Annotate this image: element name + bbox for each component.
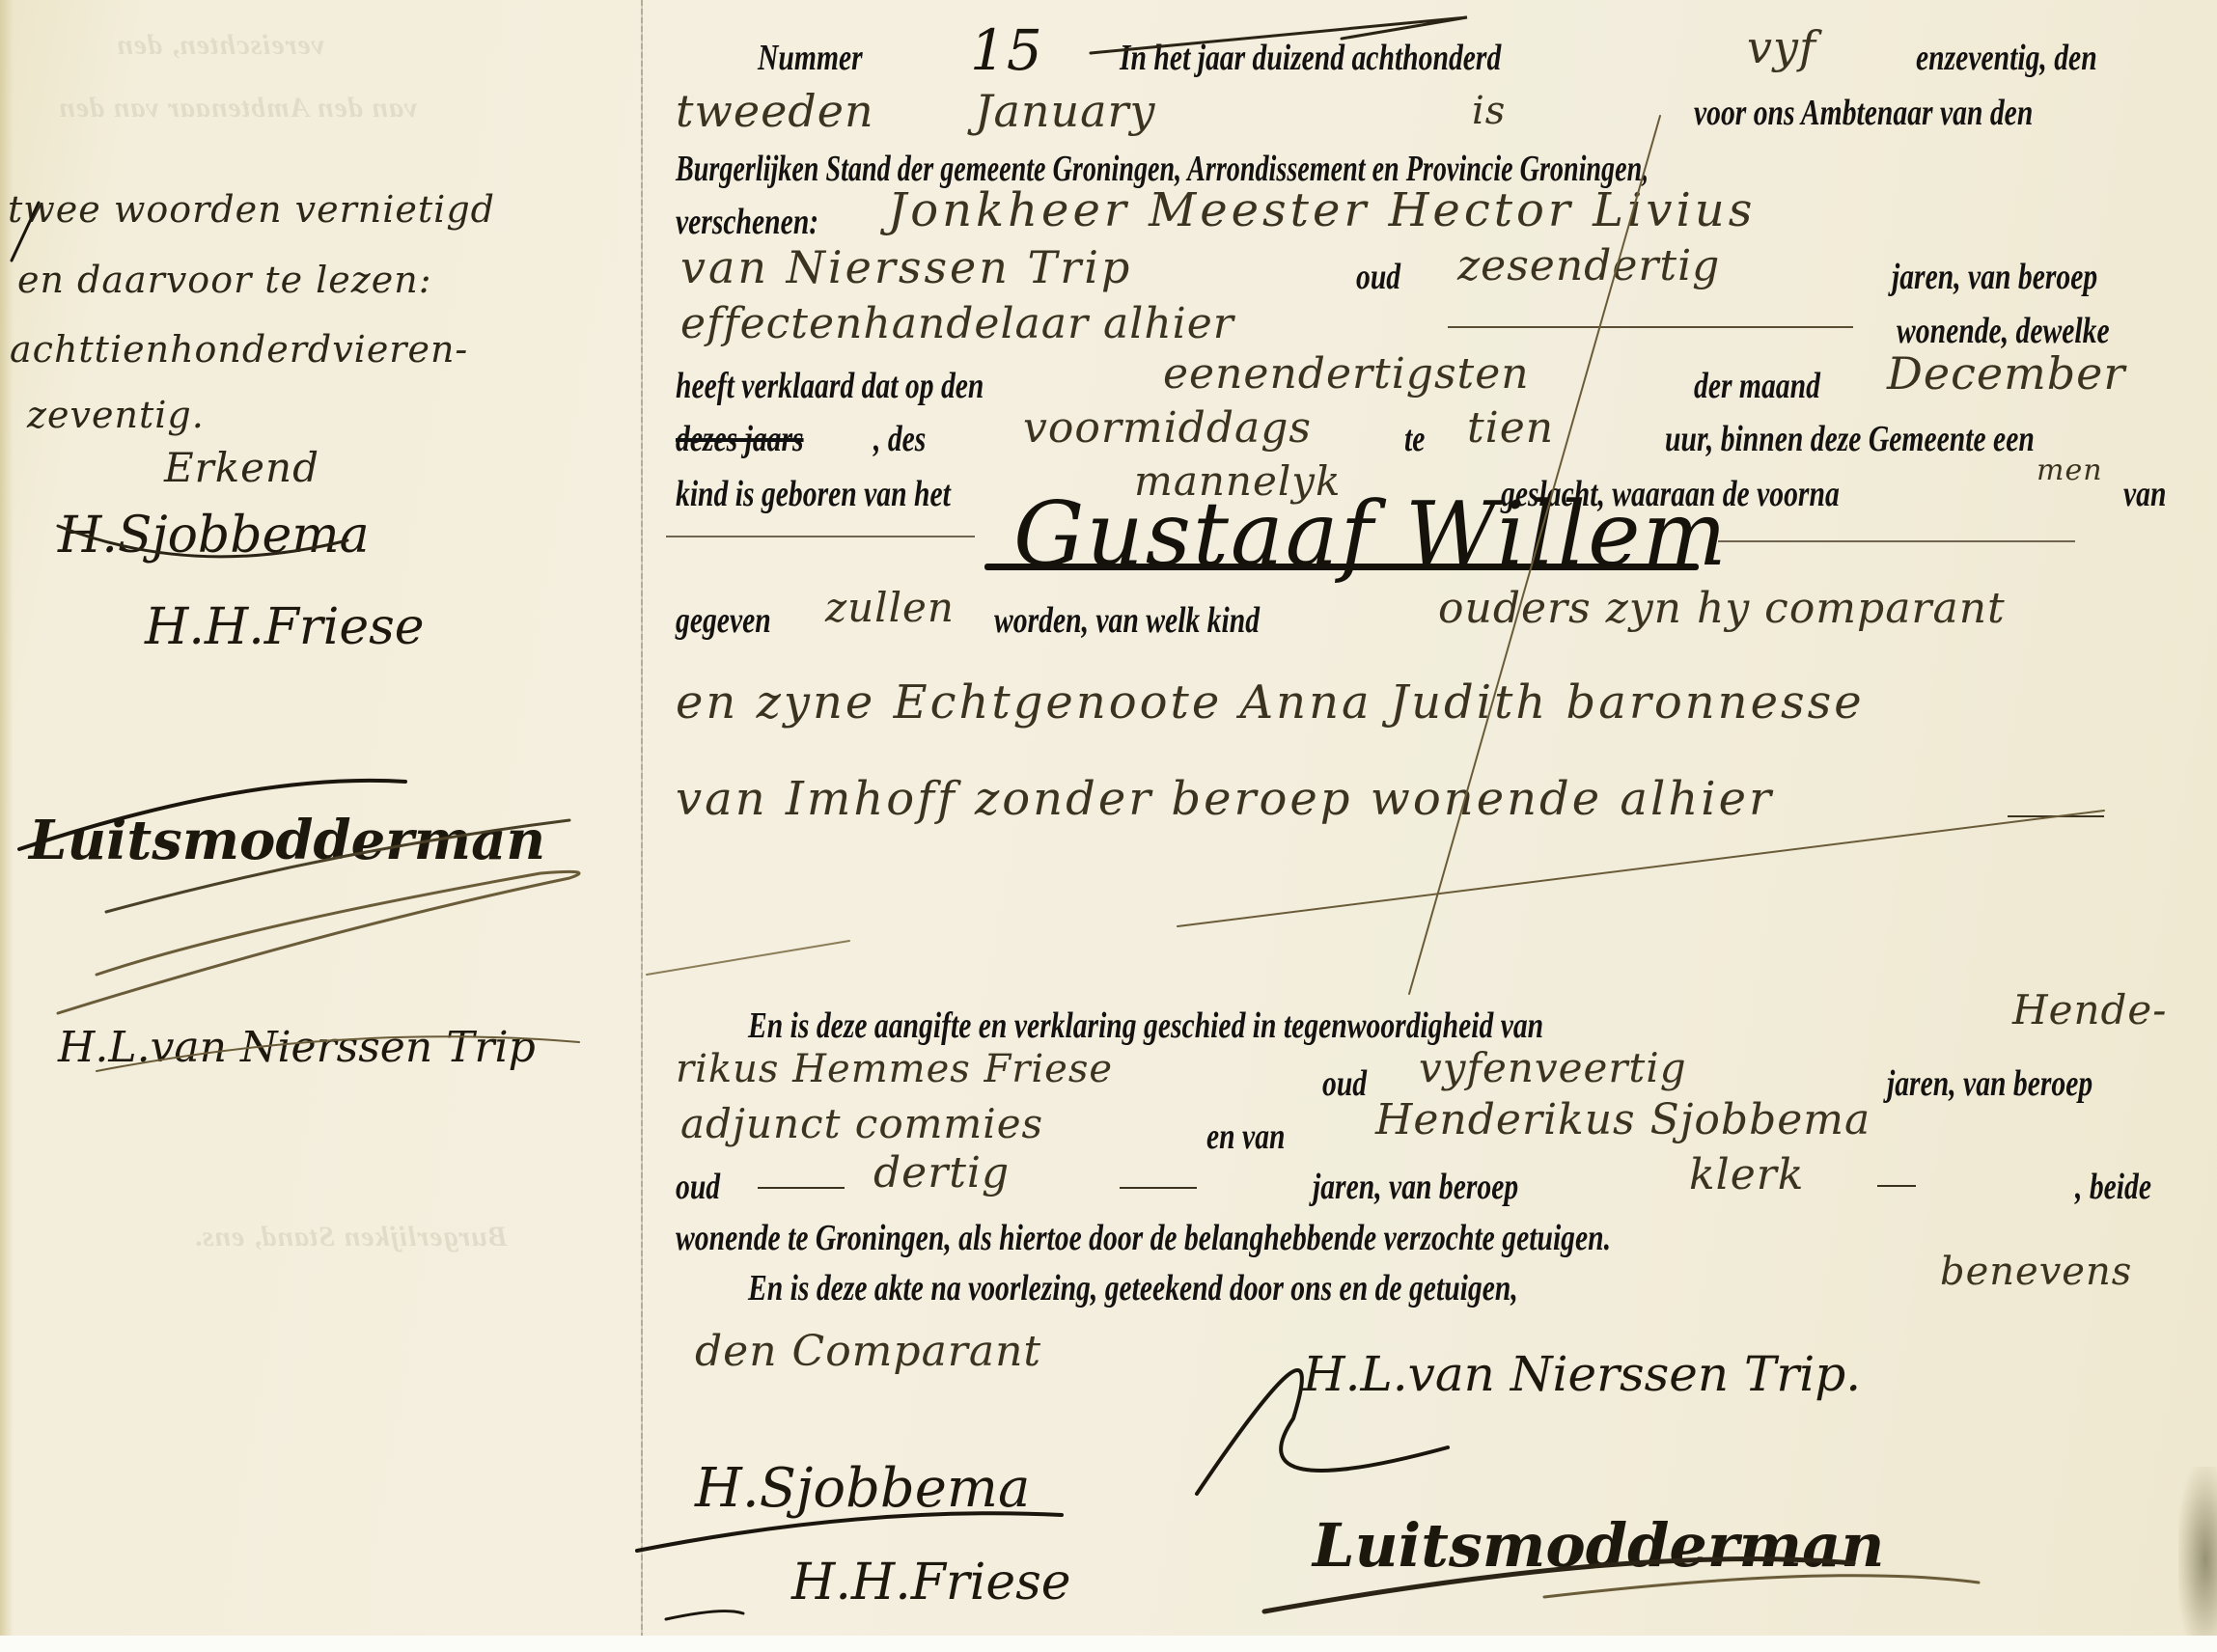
- witness-line-4b: jaren, van beroep: [1313, 1163, 1576, 1211]
- printed-text: kind is geboren van het: [676, 470, 951, 518]
- record-line-10: gegeven: [676, 596, 798, 645]
- printed-text: jaren, van beroep: [1313, 1163, 1518, 1211]
- bleed-through-text: vereischten, den: [116, 29, 324, 62]
- margin-signature-modderman: Luitsmodderman: [29, 809, 545, 872]
- handwritten-den-comparant: den Comparant: [695, 1327, 1041, 1376]
- printed-text: oud: [1322, 1060, 1367, 1108]
- handwritten-birth-day: eenendertigsten: [1163, 349, 1530, 399]
- record-line-2: voor ons Ambtenaar van den: [1694, 89, 2128, 137]
- witness-line-1: En is deze aangifte en verklaring geschi…: [748, 1002, 1768, 1050]
- margin-divider-line: [641, 0, 643, 1636]
- record-line-9: kind is geboren van het: [676, 470, 1028, 518]
- printed-text: te: [1404, 415, 1425, 463]
- printed-text: oud: [676, 1163, 720, 1211]
- margin-note-line: twee woorden vernietigd: [8, 188, 495, 231]
- margin-signature-friese: H.H.Friese: [145, 598, 425, 656]
- printed-text: En is deze akte na voorlezing, geteekend…: [748, 1264, 1518, 1312]
- printed-text: wonende te Groningen, als hiertoe door d…: [676, 1214, 1611, 1262]
- record-line-7b: der maand: [1694, 362, 1856, 410]
- handwritten-zullen: zullen: [825, 584, 955, 631]
- handwritten-witness1-age: vyfenveertig: [1419, 1044, 1687, 1091]
- bleed-through-text: van den Ambtenaar van den: [58, 92, 417, 124]
- bleed-through-text: Burgerlijken Stand, ens.: [193, 1221, 508, 1253]
- signature-comparant: H.L.van Nierssen Trip.: [1303, 1346, 1861, 1402]
- margin-note-line: en daarvoor te lezen:: [17, 259, 432, 301]
- record-line-8c: te: [1404, 415, 1430, 463]
- handwritten-birth-month: December: [1887, 347, 2125, 399]
- printed-text: En is deze aangifte en verklaring geschi…: [748, 1002, 1543, 1050]
- handwritten-witness1-name: rikus Hemmes Friese: [676, 1047, 1113, 1091]
- handwritten-hour: tien: [1467, 403, 1554, 453]
- witness-line-2b: jaren, van beroep: [1887, 1060, 2150, 1108]
- margin-approved-label: Erkend: [164, 444, 319, 491]
- fill-dash: [1877, 1185, 1916, 1187]
- record-line-5: oud: [1356, 253, 1413, 301]
- fill-dash: [1120, 1187, 1197, 1189]
- record-line-1b: In het jaar duizend achthonderd: [1120, 34, 1609, 82]
- handwritten-day: tweeden: [676, 85, 874, 137]
- handwritten-benevens: benevens: [1940, 1250, 2132, 1294]
- printed-text: worden, van welk kind: [994, 596, 1260, 645]
- record-line-9c: van: [2123, 470, 2178, 518]
- signature-witness-friese: H.H.Friese: [791, 1554, 1071, 1611]
- record-line-8: dezes jaars: [676, 415, 840, 463]
- printed-text: oud: [1356, 253, 1400, 301]
- printed-text: , des: [873, 415, 926, 463]
- record-line-10b: worden, van welk kind: [994, 596, 1335, 645]
- witness-line-6: En is deze akte na voorlezing, geteekend…: [748, 1264, 1735, 1312]
- child-name-underline: [984, 564, 1699, 570]
- record-line-7: heeft verklaard dat op den: [676, 362, 1071, 410]
- handwritten-witness2-age: dertig: [873, 1148, 1010, 1198]
- fill-dash: [758, 1187, 845, 1189]
- printed-text: verschenen:: [676, 198, 818, 246]
- witness-line-3: en van: [1206, 1113, 1308, 1161]
- handwritten-witness1-first: Hende-: [2012, 986, 2167, 1033]
- margin-note-line: achttienhonderdvieren-: [10, 328, 468, 371]
- margin-signature-sjobbema: H.Sjobbema: [58, 507, 370, 564]
- handwritten-year-fill: vyf: [1747, 21, 1816, 73]
- printed-text: van: [2123, 470, 2166, 518]
- printed-text: gegeven: [676, 596, 771, 645]
- printed-text: der maand: [1694, 362, 1820, 410]
- record-line-1: Nummer: [758, 34, 951, 82]
- handwritten-age: zesendertig: [1457, 241, 1720, 290]
- handwritten-occupation: effectenhandelaar alhier: [680, 299, 1234, 348]
- fill-dash: [2008, 815, 2104, 817]
- struck-printed-text: dezes jaars: [676, 415, 804, 463]
- name-rule-right: [1718, 540, 2075, 542]
- witness-line-2: oud: [1322, 1060, 1379, 1108]
- printed-text: In het jaar duizend achthonderd: [1120, 34, 1501, 82]
- printed-text: Nummer: [758, 34, 908, 82]
- handwritten-insertion: men: [2037, 454, 2103, 487]
- printed-text: en van: [1206, 1113, 1286, 1161]
- record-number: 15: [970, 17, 1043, 83]
- signature-registrar: Luitsmodderman: [1313, 1510, 1884, 1581]
- record-line-1c: enzeventig, den: [1916, 34, 2148, 82]
- printed-text: heeft verklaard dat op den: [676, 362, 984, 410]
- printed-text: uur, binnen deze Gemeente een: [1665, 415, 2035, 463]
- printed-text: jaren, van beroep: [1892, 253, 2097, 301]
- printed-text: voor ons Ambtenaar van den: [1694, 89, 2033, 137]
- witness-line-4c: , beide: [2075, 1163, 2173, 1211]
- handwritten-witness1-occupation: adjunct commies: [680, 1100, 1043, 1147]
- handwritten-witness2-occupation: klerk: [1689, 1150, 1804, 1199]
- record-line-4: verschenen:: [676, 198, 859, 246]
- printed-text: enzeventig, den: [1916, 34, 2097, 82]
- printed-text: jaren, van beroep: [1887, 1060, 2092, 1108]
- handwritten-declarant-name: Jonkheer Meester Hector Livius: [888, 183, 1756, 237]
- margin-note-line: zeventig.: [27, 394, 205, 436]
- fill-dash: [1448, 326, 1853, 328]
- printed-text: , beide: [2075, 1163, 2151, 1211]
- record-line-5b: jaren, van beroep: [1892, 253, 2155, 301]
- witness-line-5: wonende te Groningen, als hiertoe door d…: [676, 1214, 1874, 1262]
- handwritten-parents-intro: ouders zyn hy comparant: [1438, 584, 2006, 633]
- page-edge-shadow: [0, 0, 14, 1636]
- handwritten-witness2-name: Henderikus Sjobbema: [1375, 1095, 1871, 1144]
- handwritten-mother-name: en zyne Echtgenoote Anna Judith baronnes…: [676, 675, 1865, 730]
- handwritten-is: is: [1472, 89, 1506, 133]
- witness-line-4: oud: [676, 1163, 733, 1211]
- record-line-8b: , des: [873, 415, 941, 463]
- handwritten-month: January: [975, 85, 1156, 137]
- handwritten-mother-details: van Imhoff zonder beroep wonende alhier: [676, 772, 1774, 826]
- name-rule-left: [666, 536, 975, 537]
- handwritten-declarant-surname: van Nierssen Trip: [680, 241, 1132, 293]
- signature-witness-sjobbema: H.Sjobbema: [695, 1457, 1030, 1520]
- margin-signature-van-nierssen-trip: H.L.van Nierssen Trip: [58, 1023, 536, 1072]
- handwritten-time-of-day: voormiddags: [1023, 403, 1312, 453]
